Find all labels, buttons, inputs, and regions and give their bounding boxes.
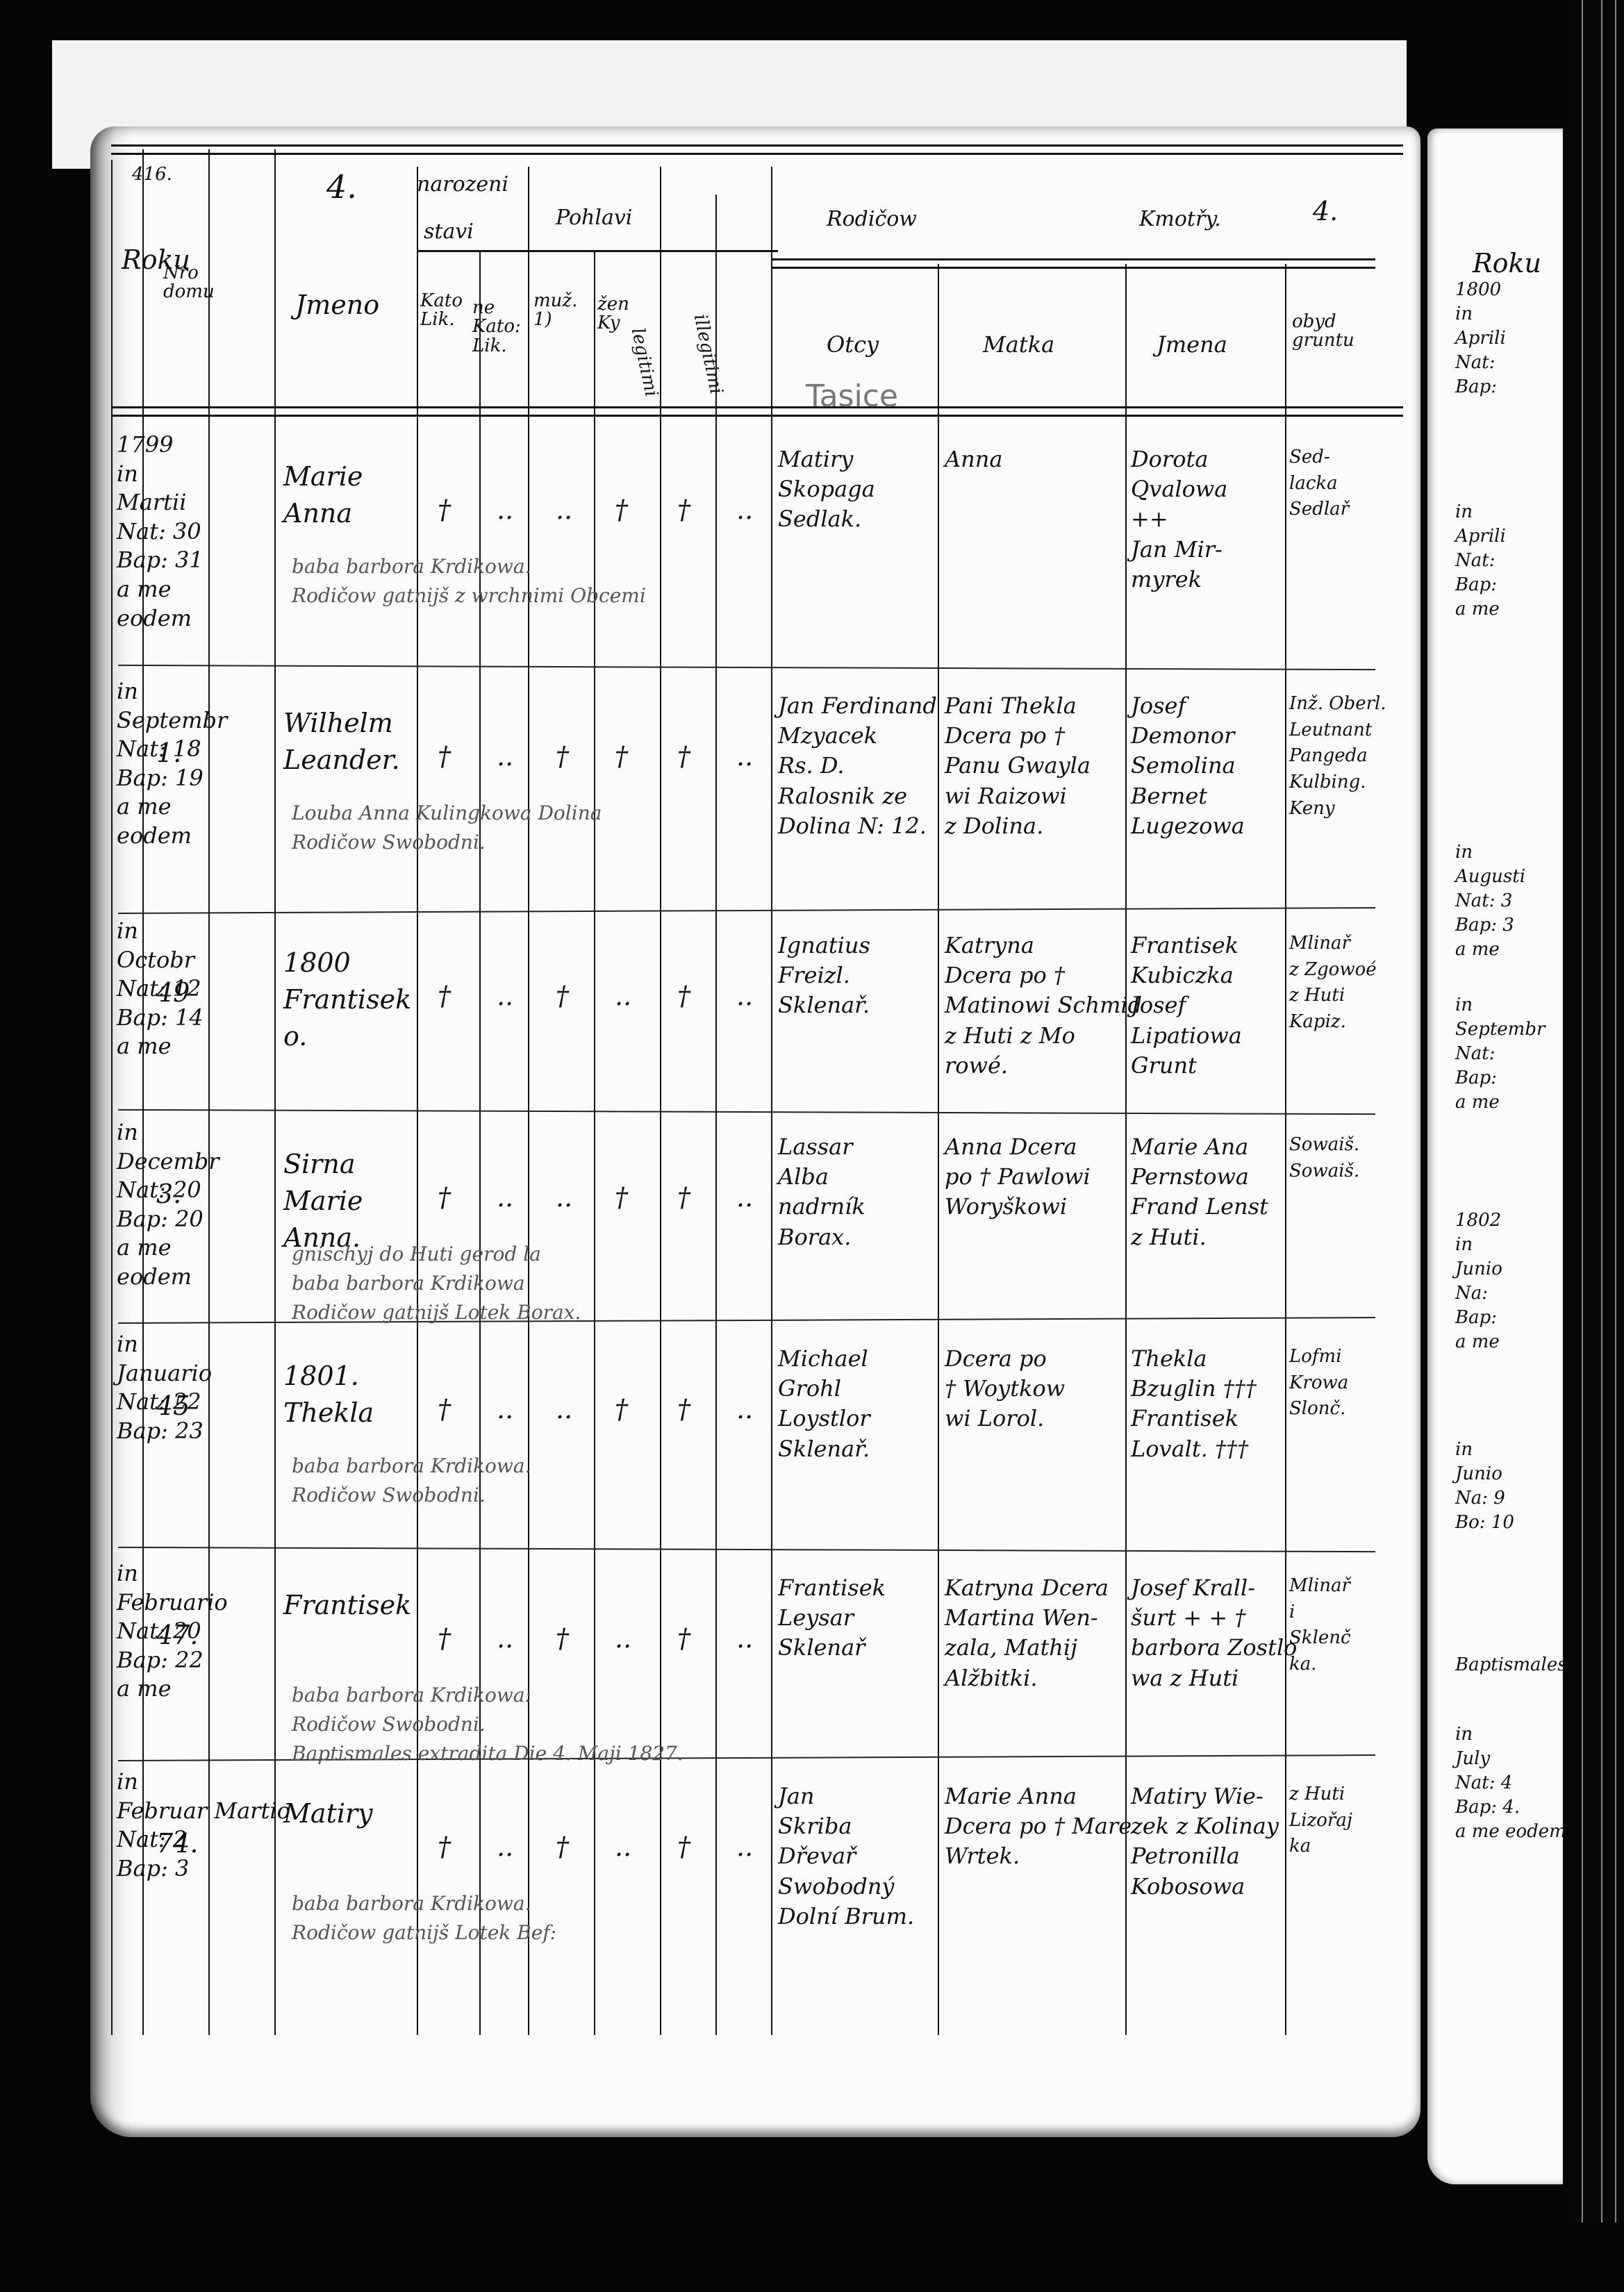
- adjacent-page: [1427, 128, 1563, 2184]
- entry-mark: †: [556, 743, 569, 771]
- entry-mark: †: [438, 497, 451, 524]
- entry-note: baba barbora Krdikowa. Rodičow gatnijš z…: [292, 552, 646, 611]
- entry-child-name: Matiry: [283, 1795, 373, 1832]
- entry-father: Jan Skriba Dřevař Swobodný Dolní Brum.: [778, 1782, 914, 1932]
- entry-mark: ..: [497, 1184, 513, 1212]
- entry-godparent-status: Sed- lacka Sedlař: [1289, 445, 1349, 523]
- entry-godparent-status: Mlinař i Sklenč ka.: [1289, 1573, 1351, 1678]
- entry-mark: †: [438, 1184, 451, 1212]
- entry-godparent-status: Mlinař z Zgowoé z Huti Kapiz.: [1289, 931, 1377, 1036]
- entry-mark: †: [438, 1834, 451, 1861]
- col-father: Otcy: [827, 333, 879, 357]
- entry-mother: Anna Dcera po † Pawlowi Woryškowi: [945, 1132, 1091, 1222]
- film-strip-bottom: [0, 2223, 1624, 2292]
- group-sex: Pohlavi: [556, 207, 632, 229]
- entry-godparents: Marie Ana Pernstowa Frand Lenst z Huti.: [1131, 1132, 1268, 1252]
- section-number-left: 4.: [326, 170, 357, 204]
- entry-date: in Januario Nat: 22 Bap: 23: [117, 1330, 212, 1445]
- entry-mark: ..: [736, 497, 753, 524]
- entry-house-no: 74.: [156, 1830, 198, 1858]
- entry-mark: ..: [615, 1834, 631, 1861]
- adjacent-entry: in Augusti Nat: 3 Bap: 3 a me: [1455, 840, 1525, 962]
- adjacent-entry: in July Nat: 4 Bap: 4. a me eodem: [1455, 1722, 1566, 1844]
- entry-godparents: Frantisek Kubiczka Josef Lipatiowa Grunt: [1131, 931, 1242, 1081]
- adjacent-entry: in Septembr Nat: Bap: a me: [1455, 993, 1545, 1115]
- group-parents: Rodičow: [827, 208, 917, 231]
- col-house-no: Nro domu: [163, 264, 205, 302]
- adjacent-entry: in Junio Na: 9 Bo: 10: [1455, 1438, 1514, 1535]
- entry-mark: †: [677, 1625, 690, 1653]
- entry-child-name: Marie Anna: [283, 458, 363, 532]
- margin-rule: [111, 160, 113, 2035]
- entry-note: Louba Anna Kulingkowa Dolina Rodičow Swo…: [292, 799, 602, 857]
- entry-date: 1799 in Martii Nat: 30 Bap: 31 a me eode…: [117, 431, 204, 633]
- entry-godparents: Dorota Qvalowa ++ Jan Mir- myrek: [1131, 445, 1227, 595]
- entry-godparent-status: Lofmi Krowa Slonč.: [1289, 1344, 1348, 1422]
- entry-mother: Pani Thekla Dcera po † Panu Gwayla wi Ra…: [945, 691, 1091, 841]
- entry-house-no: 3.: [156, 1181, 181, 1209]
- entry-mark: †: [556, 1625, 569, 1653]
- group-births: narozeni: [417, 174, 508, 196]
- entry-mark: †: [438, 1625, 451, 1653]
- entry-mark: ..: [736, 1625, 753, 1653]
- entry-mark: ..: [736, 1396, 753, 1424]
- entry-date: in Februar Martio Nat: 2 Bap: 3: [117, 1768, 290, 1883]
- entry-father: Jan Ferdinand Mzyacek Rs. D. Ralosnik ze…: [778, 691, 937, 841]
- column-rule: [208, 149, 210, 2035]
- entry-mark: ..: [736, 1184, 753, 1212]
- entry-mark: †: [677, 1184, 690, 1212]
- entry-father: Michael Grohl Loystlor Sklenař.: [778, 1344, 870, 1464]
- entry-mark: ..: [497, 1834, 513, 1861]
- entry-mark: ..: [736, 983, 753, 1011]
- entry-father: Matiry Skopaga Sedlak.: [778, 445, 875, 535]
- entry-child-name: 1801. Thekla: [283, 1358, 374, 1431]
- entry-house-no: 45: [156, 1393, 190, 1420]
- adjacent-header: Roku: [1473, 250, 1541, 278]
- entry-mark: †: [438, 1396, 451, 1424]
- entry-mark: †: [556, 983, 569, 1011]
- entry-mark: †: [615, 1184, 628, 1212]
- header-bottom-rule: [111, 406, 1403, 417]
- entry-godparents: Thekla Bzuglin ††† Frantisek Lovalt. †††: [1131, 1344, 1257, 1464]
- col-catholic: Kato Lik.: [420, 292, 458, 330]
- entry-mark: ..: [556, 497, 572, 524]
- col-godparent-status: obyd gruntu: [1292, 313, 1334, 351]
- entry-mark: †: [677, 1834, 690, 1861]
- entry-mark: †: [438, 983, 451, 1011]
- folio-number: 416.: [132, 165, 172, 184]
- entry-mark: †: [615, 743, 628, 771]
- entry-mark: †: [615, 497, 628, 524]
- column-rule: [274, 149, 276, 2035]
- entry-mother: Katryna Dcera po † Matinowi Schmid z Hut…: [945, 931, 1142, 1081]
- entry-note: baba barbora Krdikowa: Rodičow Swobodni.…: [292, 1681, 683, 1768]
- entry-mark: ..: [497, 497, 513, 524]
- entry-note: baba barbora Krdikowa. Rodičow Swobodni.: [292, 1452, 531, 1510]
- entry-mark: †: [677, 743, 690, 771]
- entry-mark: ..: [736, 1834, 753, 1861]
- entry-note: baba barbora Krdikowa. Rodičow gatnijš L…: [292, 1889, 556, 1948]
- section-number-right: 4.: [1313, 198, 1338, 226]
- entry-house-no: 1.: [156, 740, 181, 767]
- header-top-rule: [111, 144, 1403, 155]
- entry-child-name: Wilhelm Leander.: [283, 705, 400, 779]
- col-godparent-names: Jmena: [1157, 333, 1227, 357]
- entry-godparents: Matiry Wie- zek z Kolinay Petronilla Kob…: [1131, 1782, 1279, 1902]
- adjacent-entry: 1800 in Aprili Nat: Bap:: [1455, 278, 1506, 399]
- entry-mother: Dcera po † Woytkow wi Lorol.: [945, 1344, 1065, 1434]
- entry-house-no: 47.: [156, 1622, 198, 1650]
- column-rule: [938, 264, 939, 2035]
- entry-mark: ..: [497, 743, 513, 771]
- entry-mark: †: [677, 1396, 690, 1424]
- entry-godparent-status: z Huti Lizořaj ka: [1289, 1782, 1352, 1860]
- col-male: muž. 1): [533, 292, 568, 330]
- entry-godparents: Josef Demonor Semolina Bernet Lugezowa: [1131, 691, 1245, 841]
- entry-child-name: Frantisek: [283, 1587, 411, 1624]
- entry-father: Ignatius Freizl. Sklenař.: [778, 931, 870, 1021]
- entry-godparent-status: Sowaiš. Sowaiš.: [1289, 1132, 1359, 1184]
- entry-mark: ..: [497, 1625, 513, 1653]
- entry-house-no: 49: [156, 979, 190, 1007]
- entry-mark: †: [615, 1396, 628, 1424]
- col-name: Jmeno: [295, 292, 379, 319]
- entry-mark: ..: [615, 983, 631, 1011]
- col-non-catholic: ne Kato: Lik.: [472, 299, 514, 356]
- births-sex-subrule: [417, 250, 778, 252]
- entry-mark: †: [677, 983, 690, 1011]
- entry-mark: †: [677, 497, 690, 524]
- adjacent-entry: in Aprili Nat: Bap: a me: [1455, 500, 1506, 622]
- column-rule: [715, 194, 717, 2035]
- entry-godparent-status: Inž. Oberl. Leutnant Pangeda Kulbing. Ke…: [1289, 691, 1386, 822]
- col-mother: Matka: [983, 333, 1054, 357]
- entry-mark: ..: [497, 983, 513, 1011]
- column-rule: [1125, 264, 1127, 2035]
- entry-mark: †: [556, 1834, 569, 1861]
- entry-mark: ..: [556, 1184, 572, 1212]
- film-strip-right: [1566, 0, 1624, 2292]
- entry-godparents: Josef Krall- šurt + + † barbora Zostlo w…: [1131, 1573, 1297, 1693]
- entry-mother: Katryna Dcera Martina Wen- zala, Mathij …: [945, 1573, 1109, 1693]
- group-births-sub: stavi: [424, 221, 474, 243]
- entry-note: gnischyj do Huti gerod la baba barbora K…: [292, 1240, 581, 1327]
- entry-mark: ..: [615, 1625, 631, 1653]
- entry-father: Lassar Alba nadrník Borax.: [778, 1132, 865, 1252]
- entry-mark: ..: [736, 743, 753, 771]
- adjacent-entry: Baptismales: [1455, 1653, 1567, 1677]
- entry-mother: Marie Anna Dcera po † Mare Wrtek.: [945, 1782, 1132, 1872]
- column-rule: [771, 167, 772, 2035]
- col-female: žen Ky: [597, 295, 636, 333]
- group-godparents: Kmotřy.: [1139, 208, 1221, 231]
- entry-father: Frantisek Leysar Sklenař: [778, 1573, 886, 1663]
- entry-mark: ..: [556, 1396, 572, 1424]
- entry-mark: †: [438, 743, 451, 771]
- column-rule: [1285, 264, 1286, 2035]
- parents-subrule: [771, 258, 1375, 269]
- adjacent-entry: 1802 in Junio Na: Bap: a me: [1455, 1209, 1502, 1355]
- entry-mother: Anna: [945, 445, 1002, 474]
- entry-child-name: 1800 Frantisek o.: [283, 945, 411, 1056]
- pencil-annotation: Tasice: [806, 381, 898, 413]
- entry-mark: ..: [497, 1396, 513, 1424]
